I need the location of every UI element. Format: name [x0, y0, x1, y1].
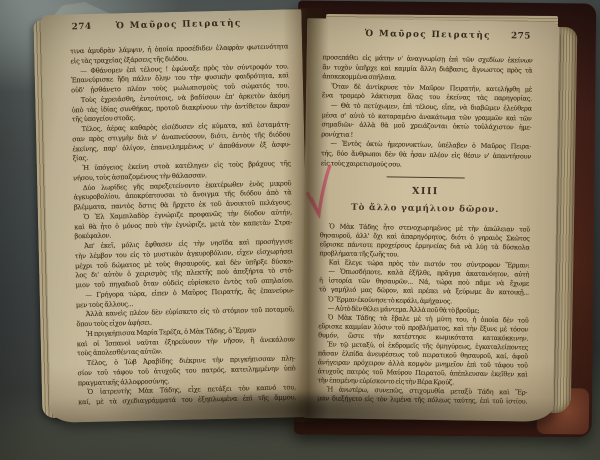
right-page-text-top: προσεπάθει εἰς μάτην ν' ἀναγνωρίσῃ ἐπὶ τ…: [321, 53, 533, 171]
book-shadow: [30, 394, 576, 444]
book-photo: 274 Ὁ Μαῦρος Πειρατὴς τινα ἀμυδρὰν λάμψι…: [0, 0, 600, 460]
page-number-left: 274: [72, 22, 92, 32]
chapter-title: Τὸ ἄλλο γαμήλιον δῶρον.: [320, 202, 530, 215]
section-divider: [387, 176, 465, 178]
left-page-header: 274 Ὁ Μαῦρος Πειρατὴς: [70, 17, 288, 36]
right-page-header: Ὁ Μαῦρος Πειρατὴς 275: [323, 28, 533, 45]
page-number-right: 275: [511, 31, 531, 41]
right-page-text-body: Ὁ Μὰκ Τάδης ἦτο στενοχωρημένος μὲ τὴν ἀπ…: [317, 222, 530, 406]
left-page: 274 Ὁ Μαῦρος Πειρατὴς τινα ἀμυδρὰν λάμψι…: [41, 9, 310, 423]
left-page-text: τινα ἀμυδρὰν λάμψιν, ἡ ὁποία προσέδιδεν …: [70, 42, 296, 408]
running-title-right: Ὁ Μαῦρος Πειρατὴς: [323, 28, 533, 41]
right-page: Ὁ Μαῦρος Πειρατὴς 275 προσεπάθει εἰς μάτ…: [301, 18, 559, 422]
running-title-left: Ὁ Μαῦρος Πειρατὴς: [70, 17, 288, 32]
checkmark-icon: [300, 163, 340, 220]
chapter-number: XIII: [320, 184, 530, 198]
